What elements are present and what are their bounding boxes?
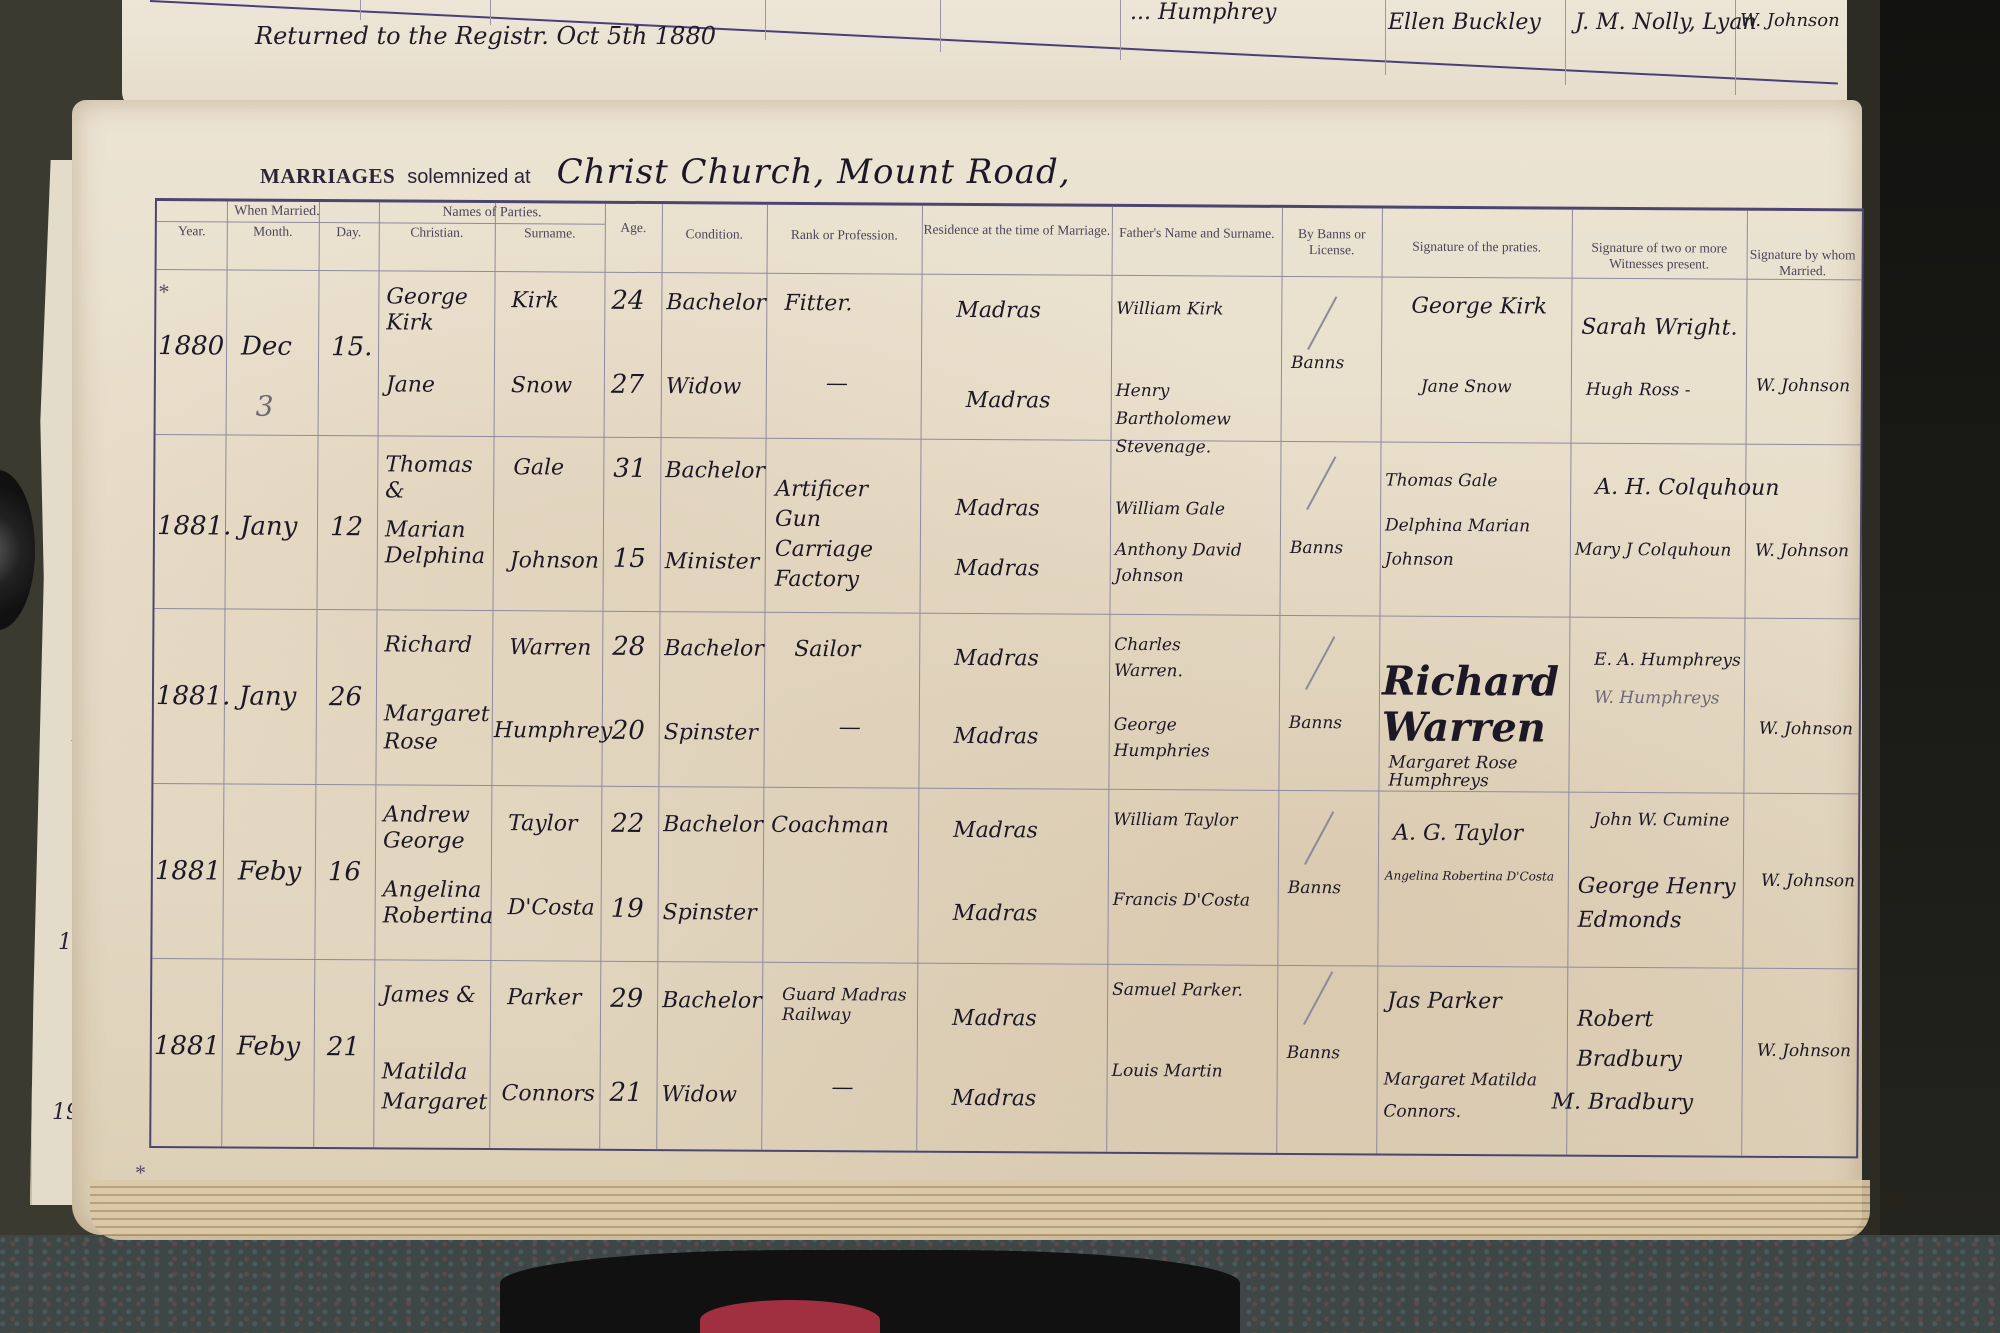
previous-page-signature: ... Humphrey bbox=[1130, 0, 1276, 25]
bride-condition: Spinster bbox=[663, 900, 757, 926]
groom-christian-name: Thomas & bbox=[385, 452, 485, 505]
previous-page-column-rule bbox=[765, 0, 766, 40]
groom-father: William Taylor bbox=[1113, 807, 1253, 834]
previous-page-column-rule bbox=[1120, 0, 1121, 60]
bride-residence: Madras bbox=[955, 556, 1040, 582]
bride-surname: Connors bbox=[501, 1081, 595, 1107]
groom-residence: Madras bbox=[952, 1006, 1037, 1032]
bride-father: Henry Bartholomew Stevenage. bbox=[1115, 377, 1281, 462]
bride-surname: Johnson bbox=[510, 548, 599, 574]
bride-residence: Madras bbox=[953, 901, 1038, 927]
pencil-annotation: 3 bbox=[256, 390, 274, 423]
previous-page-column-rule bbox=[1385, 0, 1386, 75]
party-signature: Thomas Gale bbox=[1385, 471, 1497, 492]
red-clothing bbox=[700, 1300, 880, 1333]
bride-age: 19 bbox=[611, 894, 644, 924]
officiant-signature: W. Johnson bbox=[1755, 541, 1849, 562]
previous-page-column-rule bbox=[940, 0, 941, 52]
witness-signature: Mary J Colquhoun bbox=[1575, 540, 1732, 561]
column-rule bbox=[489, 203, 496, 1148]
groom-age: 31 bbox=[613, 454, 646, 484]
groom-profession: Fitter. bbox=[784, 291, 852, 316]
groom-profession: Guard Madras Railway bbox=[782, 985, 912, 1026]
entry-month: Feby bbox=[238, 857, 302, 887]
entry-year: 1881 bbox=[154, 1031, 220, 1061]
column-header-residence: Residence at the time of Marriage. bbox=[922, 222, 1112, 239]
bride-residence: Madras bbox=[951, 1086, 1036, 1112]
previous-page-signature: J. M. Nolly, Lyan bbox=[1575, 10, 1757, 35]
bride-condition: Widow bbox=[666, 374, 742, 399]
column-header-month: Month. bbox=[227, 223, 319, 240]
groom-condition: Bachelor bbox=[665, 458, 765, 484]
bride-surname: Humphrey bbox=[494, 718, 613, 744]
witness-signature: M. Bradbury bbox=[1551, 1090, 1693, 1116]
entry-day: 21 bbox=[327, 1032, 360, 1062]
banns-or-license: Banns bbox=[1287, 1043, 1340, 1063]
groom-age: 24 bbox=[611, 286, 644, 316]
entry-year: 1880 bbox=[158, 331, 224, 361]
banns-or-license: Banns bbox=[1288, 878, 1341, 898]
entry-month: Jany bbox=[239, 682, 297, 712]
party-signature: A. G. Taylor bbox=[1393, 821, 1523, 847]
banns-checkmark bbox=[1304, 811, 1334, 865]
witness-signature: W. Humphreys bbox=[1594, 688, 1720, 709]
bride-father: Francis D'Costa bbox=[1113, 887, 1253, 914]
groom-residence: Madras bbox=[954, 646, 1039, 672]
bride-christian-name: Jane bbox=[386, 372, 435, 397]
groom-surname: Taylor bbox=[508, 811, 577, 836]
banns-checkmark bbox=[1306, 456, 1336, 510]
column-rule bbox=[1276, 208, 1283, 1153]
groom-condition: Bachelor bbox=[663, 812, 763, 838]
bride-surname: Snow bbox=[511, 373, 572, 398]
bride-residence: Madras bbox=[954, 724, 1039, 750]
party-signature: Margaret Rose Humphreys bbox=[1388, 754, 1538, 791]
groom-christian-name: Richard bbox=[384, 632, 472, 658]
bride-condition: Widow bbox=[661, 1082, 737, 1107]
entry-day: 16 bbox=[328, 857, 361, 887]
party-signature: Jane Snow bbox=[1421, 377, 1512, 398]
groom-profession: Artificer Gun Carriage Factory bbox=[775, 475, 916, 596]
bride-christian-name: Marian Delphina bbox=[385, 517, 495, 570]
groom-condition: Bachelor bbox=[662, 988, 762, 1014]
bride-father: George Humphries bbox=[1114, 712, 1254, 765]
column-header-christian: Christian. bbox=[379, 224, 495, 241]
groom-condition: Bachelor bbox=[666, 290, 766, 316]
column-header-profession: Rank or Profession. bbox=[767, 227, 922, 244]
officiant-signature: W. Johnson bbox=[1756, 376, 1850, 397]
groom-surname: Gale bbox=[513, 455, 564, 480]
column-rule bbox=[1106, 207, 1113, 1152]
column-header-father: Father's Name and Surname. bbox=[1112, 225, 1282, 242]
groom-surname: Kirk bbox=[511, 288, 558, 313]
groom-residence: Madras bbox=[956, 298, 1041, 324]
bride-father: Anthony David Johnson bbox=[1115, 537, 1275, 590]
previous-page-column-rule bbox=[1565, 0, 1566, 85]
banns-checkmark bbox=[1303, 971, 1333, 1025]
entry-day: 12 bbox=[330, 512, 363, 542]
dark-backdrop bbox=[1880, 0, 2000, 1333]
bride-surname: D'Costa bbox=[508, 895, 595, 921]
entry-month: Feby bbox=[237, 1032, 301, 1062]
heading-marriages: MARRIAGES bbox=[260, 164, 395, 189]
entry-month: Jany bbox=[240, 512, 298, 542]
party-signature-large: Richard Warren bbox=[1382, 659, 1573, 752]
marriage-register-table: When Married. Names of Parties. Year. Mo… bbox=[149, 198, 1864, 1158]
bride-condition: Minister bbox=[665, 549, 760, 575]
group-header-when-married: When Married. bbox=[177, 203, 377, 220]
groom-profession: Sailor bbox=[794, 637, 860, 662]
banns-or-license: Banns bbox=[1291, 353, 1344, 373]
column-rule bbox=[313, 202, 320, 1147]
bride-residence: Madras bbox=[966, 388, 1051, 414]
previous-page-signature: W. Johnson bbox=[1740, 10, 1840, 31]
bride-father: Louis Martin bbox=[1112, 1057, 1252, 1086]
party-signature: Jas Parker bbox=[1387, 989, 1502, 1015]
column-header-banns-license: By Banns or License. bbox=[1282, 226, 1382, 259]
bride-christian-name: Margaret Rose bbox=[384, 700, 494, 757]
groom-surname: Warren bbox=[509, 635, 591, 661]
groom-christian-name: James & bbox=[382, 982, 476, 1008]
column-header-year: Year. bbox=[157, 223, 227, 239]
groom-age: 22 bbox=[611, 809, 644, 839]
groom-surname: Parker bbox=[507, 985, 581, 1010]
bride-age: 27 bbox=[611, 370, 644, 400]
groom-residence: Madras bbox=[953, 818, 1038, 844]
column-rule bbox=[916, 206, 923, 1151]
witness-signature: George Henry Edmonds bbox=[1578, 870, 1738, 939]
entry-year: 1881 bbox=[155, 856, 221, 886]
row-rule bbox=[152, 958, 1857, 969]
heading-solemnized-at: solemnized at bbox=[407, 166, 530, 189]
party-signature: George Kirk bbox=[1411, 294, 1547, 320]
banns-or-license: Banns bbox=[1289, 713, 1342, 733]
groom-age: 29 bbox=[610, 984, 643, 1014]
witness-signature: John W. Cumine bbox=[1593, 810, 1729, 831]
witness-signature: Sarah Wright. bbox=[1581, 315, 1737, 341]
officiant-signature: W. Johnson bbox=[1757, 1041, 1851, 1062]
witness-signature: E. A. Humphreys bbox=[1594, 650, 1741, 671]
bride-christian-name: Matilda Margaret bbox=[381, 1057, 491, 1118]
bride-condition: Spinster bbox=[664, 720, 758, 746]
party-signature: Angelina Robertina D'Costa bbox=[1385, 869, 1554, 884]
entry-month: Dec bbox=[241, 332, 292, 362]
party-signature: Delphina Marian Johnson bbox=[1385, 509, 1575, 578]
column-rule bbox=[761, 205, 768, 1150]
groom-christian-name: George Kirk bbox=[386, 284, 496, 337]
officiant-signature: W. Johnson bbox=[1761, 871, 1855, 892]
column-rule bbox=[599, 204, 606, 1149]
row-rule bbox=[156, 434, 1861, 445]
column-header-witnesses: Signature of two or more Witnesses prese… bbox=[1572, 240, 1747, 273]
bride-christian-name: Angelina Robertina bbox=[383, 877, 493, 930]
party-signature: Margaret Matilda Connors. bbox=[1383, 1064, 1563, 1129]
banns-checkmark bbox=[1305, 636, 1335, 690]
groom-father: William Kirk bbox=[1116, 299, 1223, 320]
returned-to-registrar-note: Returned to the Registr. Oct 5th 1880 bbox=[255, 22, 716, 50]
column-header-surname: Surname. bbox=[495, 225, 605, 242]
groom-age: 28 bbox=[612, 632, 645, 662]
row-rule bbox=[153, 783, 1858, 794]
column-header-age: Age. bbox=[605, 220, 662, 236]
register-heading: MARRIAGES solemnized at Christ Church, M… bbox=[260, 152, 1071, 192]
entry-year: 1881. bbox=[156, 681, 231, 711]
column-header-signature-parties: Signature of the praties. bbox=[1382, 238, 1572, 255]
previous-page-column-rule bbox=[360, 0, 361, 20]
group-header-names-of-parties: Names of Parties. bbox=[379, 204, 605, 221]
groom-father: Samuel Parker. bbox=[1112, 977, 1252, 1004]
bride-age: 15 bbox=[613, 544, 646, 574]
groom-father: William Gale bbox=[1115, 499, 1225, 520]
page-stack-edge bbox=[90, 1180, 1870, 1240]
entry-year: 1881. bbox=[157, 511, 232, 541]
margin-star-mark: * bbox=[158, 279, 169, 305]
groom-profession: Coachman bbox=[771, 813, 889, 839]
banns-or-license: Banns bbox=[1290, 538, 1343, 558]
entry-day: 26 bbox=[329, 682, 362, 712]
witness-signature: Robert Bradbury bbox=[1577, 1000, 1717, 1081]
groom-residence: Madras bbox=[955, 496, 1040, 522]
footer-star-mark: * bbox=[135, 1160, 146, 1186]
bride-profession: — bbox=[832, 1075, 854, 1100]
column-header-day: Day. bbox=[319, 224, 379, 240]
column-rule bbox=[373, 202, 380, 1147]
bride-age: 21 bbox=[609, 1078, 642, 1108]
row-rule bbox=[154, 608, 1859, 619]
entry-day: 15. bbox=[331, 332, 373, 362]
bride-profession: — bbox=[839, 715, 861, 740]
column-header-officiant: Signature by whom Married. bbox=[1747, 247, 1859, 280]
officiant-signature: W. Johnson bbox=[1759, 719, 1853, 740]
column-rule bbox=[1741, 211, 1748, 1156]
witness-signature: A. H. Colquhoun bbox=[1595, 475, 1779, 501]
bride-profession: — bbox=[826, 371, 848, 396]
groom-condition: Bachelor bbox=[664, 636, 764, 662]
bride-age: 20 bbox=[612, 716, 645, 746]
groom-christian-name: Andrew George bbox=[383, 802, 483, 855]
groom-father: Charles Warren. bbox=[1114, 632, 1254, 685]
witness-signature: Hugh Ross - bbox=[1586, 380, 1691, 401]
column-header-condition: Condition. bbox=[662, 226, 767, 243]
heading-place: Christ Church, Mount Road, bbox=[557, 152, 1071, 192]
banns-checkmark bbox=[1307, 296, 1337, 350]
previous-page-signature: Ellen Buckley bbox=[1388, 10, 1541, 35]
